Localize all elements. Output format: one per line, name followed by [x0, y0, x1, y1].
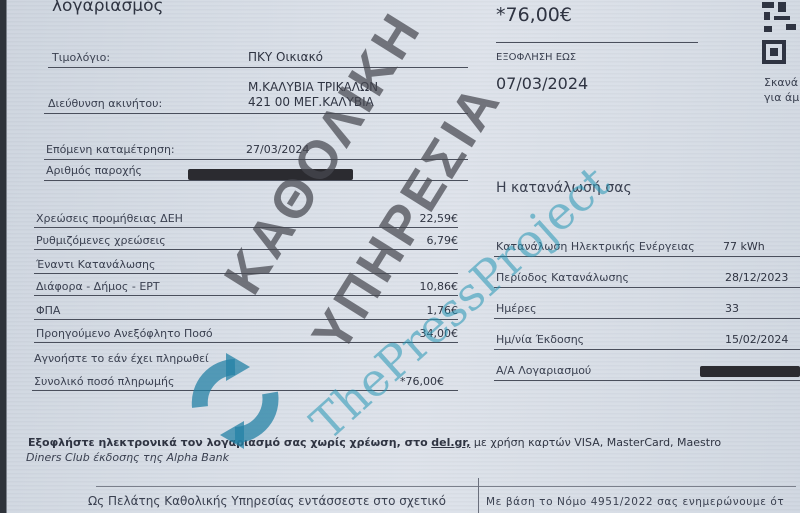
refresh-cycle-logo-icon [180, 345, 290, 455]
consumption-value: 77 kWh [723, 240, 765, 253]
supply-number-label: Αριθμός παροχής [46, 164, 142, 177]
qr-caption-2: για άμ [764, 91, 799, 104]
account-number-redacted [700, 366, 800, 377]
charge-label: Διάφορα - Δήμος - ΕΡΤ [36, 280, 160, 293]
footer-divider [478, 478, 479, 513]
charge-label: Χρεώσεις προμήθειας ΔΕΗ [36, 212, 183, 225]
qr-caption-1: Σκανά [764, 76, 798, 89]
charge-label: ΦΠΑ [36, 304, 60, 317]
consumption-value: 28/12/2023 [725, 271, 788, 284]
bill-heading: λογαριασμός [52, 0, 163, 16]
total-due-amount: *76,00€ [496, 4, 572, 26]
consumption-value: 15/02/2024 [725, 333, 788, 346]
next-reading-label: Επόμενη καταμέτρηση: [46, 143, 175, 156]
payment-note-rest: με χρήση καρτών VISA, MasterCard, Maestr… [474, 436, 721, 449]
qr-code [760, 0, 800, 64]
consumption-value: 33 [725, 302, 739, 315]
charge-label: Προηγούμενο Ανεξόφλητο Ποσό [36, 327, 213, 340]
due-date-label: ΕΞΟΦΛΗΣΗ ΕΩΣ [496, 52, 576, 63]
consumption-label: Ημ/νία Έκδοσης [496, 333, 584, 346]
total-label: Συνολικό ποσό πληρωμής [34, 375, 174, 388]
footer-right-text: Με βάση το Νόμο 4951/2022 σας ενημερώνου… [486, 496, 784, 508]
charge-label: Έναντι Κατανάλωσης [36, 258, 155, 271]
consumption-label: Ημέρες [496, 302, 537, 315]
footer-left-text: Ως Πελάτης Καθολικής Υπηρεσίας εντάσσεστ… [88, 494, 446, 508]
consumption-label: Α/Α Λογαριασμού [496, 364, 591, 377]
due-date-value: 07/03/2024 [496, 74, 588, 93]
tariff-label: Τιμολόγιο: [52, 51, 110, 64]
del-gr-link[interactable]: del.gr, [431, 436, 470, 449]
tariff-value: ΠΚΥ Οικιακό [248, 50, 323, 64]
address-label: Διεύθυνση ακινήτου: [48, 97, 162, 110]
payment-note: Εξοφλήστε ηλεκτρονικά τον λογαριασμό σας… [28, 436, 721, 449]
charge-label: Ρυθμιζόμενες χρεώσεις [36, 234, 166, 247]
